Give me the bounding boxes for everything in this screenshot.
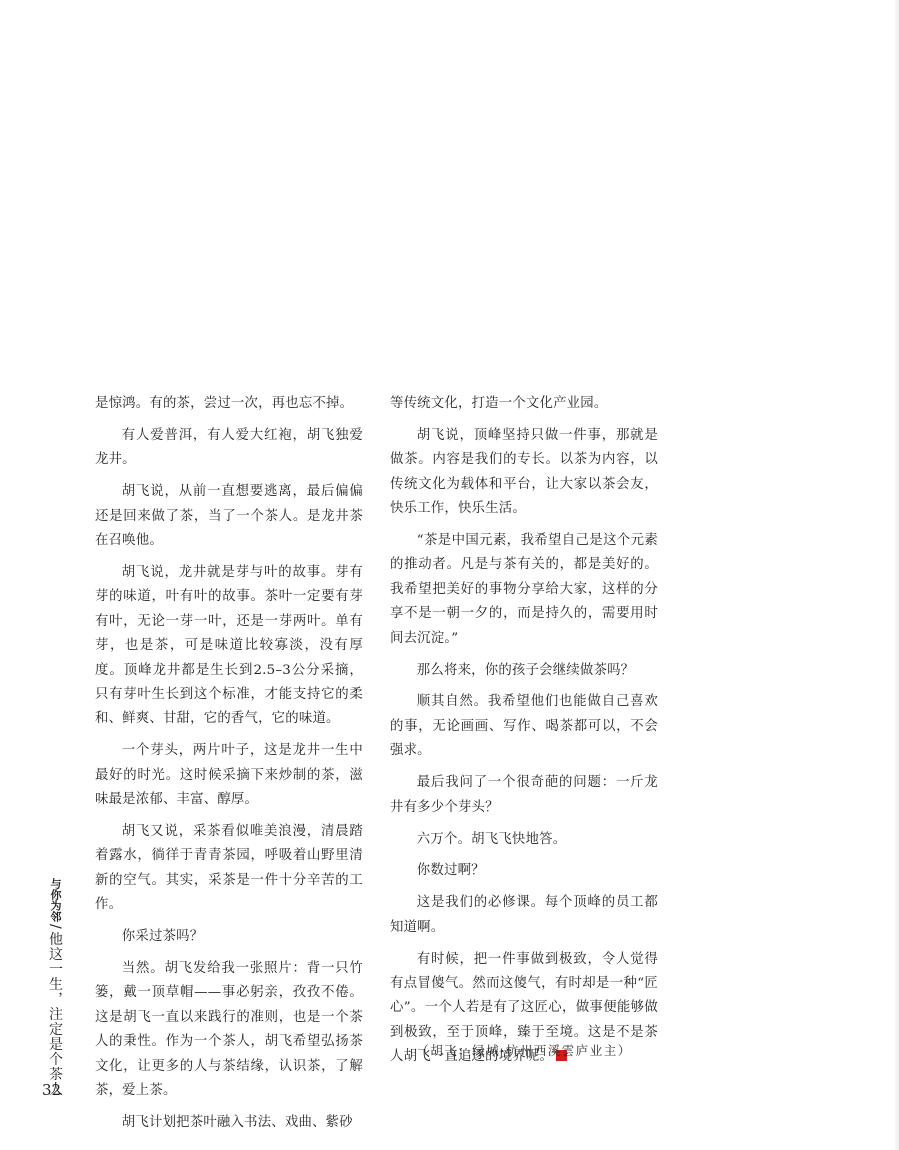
separator: /: [47, 924, 63, 930]
paragraph: 那么将来，你的孩子会继续做茶吗？: [390, 659, 658, 683]
page-edge-shadow: [895, 0, 899, 1150]
paragraph: 胡飞说，从前一直想要逃离，最后偏偏还是回来做了茶，当了一个茶人。是龙井茶在召唤他…: [95, 480, 363, 553]
paragraph: 胡飞说，龙井就是芽与叶的故事。芽有芽的味道，叶有叶的故事。茶叶一定要有芽有叶，无…: [95, 561, 363, 732]
paragraph: “茶是中国元素，我希望自己是这个元素的推动者。凡是与茶有关的，都是美好的。我希望…: [390, 529, 658, 651]
paragraph: 有人爱普洱，有人爱大红袍，胡飞独爱龙井。: [95, 424, 363, 473]
paragraph: 六万个。胡飞飞快地答。: [390, 828, 658, 852]
paragraph: 当然。胡飞发给我一张照片：背一只竹篓，戴一顶草帽——事必躬亲，孜孜不倦。这是胡飞…: [95, 957, 363, 1103]
paragraph: 你数过啊？: [390, 859, 658, 883]
paragraph: 胡飞说，顶峰坚持只做一件事，那就是做茶。内容是我们的专长。以茶为内容，以传统文化…: [390, 424, 658, 522]
paragraph: 胡飞又说，采茶看似唯美浪漫，清晨踏着露水，徜徉于青青茶园，呼吸着山野里清新的空气…: [95, 820, 363, 918]
paragraph: 等传统文化，打造一个文化产业园。: [390, 392, 658, 416]
author-caption: （胡飞：绿城·杭州西溪雲庐业主）: [390, 1041, 658, 1059]
article-title: 他这一生，注定是个茶人: [47, 932, 63, 1097]
paragraph: 你采过茶吗？: [95, 925, 363, 949]
running-head: 与你为邻/他这一生，注定是个茶人: [44, 878, 66, 1097]
section-name: 与你为邻: [49, 878, 62, 922]
page-number: 32: [42, 1081, 72, 1099]
paragraph: 这是我们的必修课。每个顶峰的员工都知道啊。: [390, 891, 658, 940]
paragraph: 胡飞计划把茶叶融入书法、戏曲、紫砂: [95, 1111, 363, 1135]
paragraph: 一个芽头，两片叶子，这是龙井一生中最好的时光。这时候采摘下来炒制的茶，滋味最是浓…: [95, 739, 363, 812]
right-text-column: 等传统文化，打造一个文化产业园。 胡飞说，顶峰坚持只做一件事，那就是做茶。内容是…: [390, 392, 658, 1077]
paragraph: 顺其自然。我希望他们也能做自己喜欢的事，无论画画、写作、喝茶都可以，不会强求。: [390, 690, 658, 763]
paragraph: 是惊鸿。有的茶，尝过一次，再也忘不掉。: [95, 392, 363, 416]
left-text-column: 是惊鸿。有的茶，尝过一次，再也忘不掉。 有人爱普洱，有人爱大红袍，胡飞独爱龙井。…: [95, 392, 363, 1143]
paragraph: 最后我问了一个很奇葩的问题：一斤龙井有多少个芽头？: [390, 771, 658, 820]
